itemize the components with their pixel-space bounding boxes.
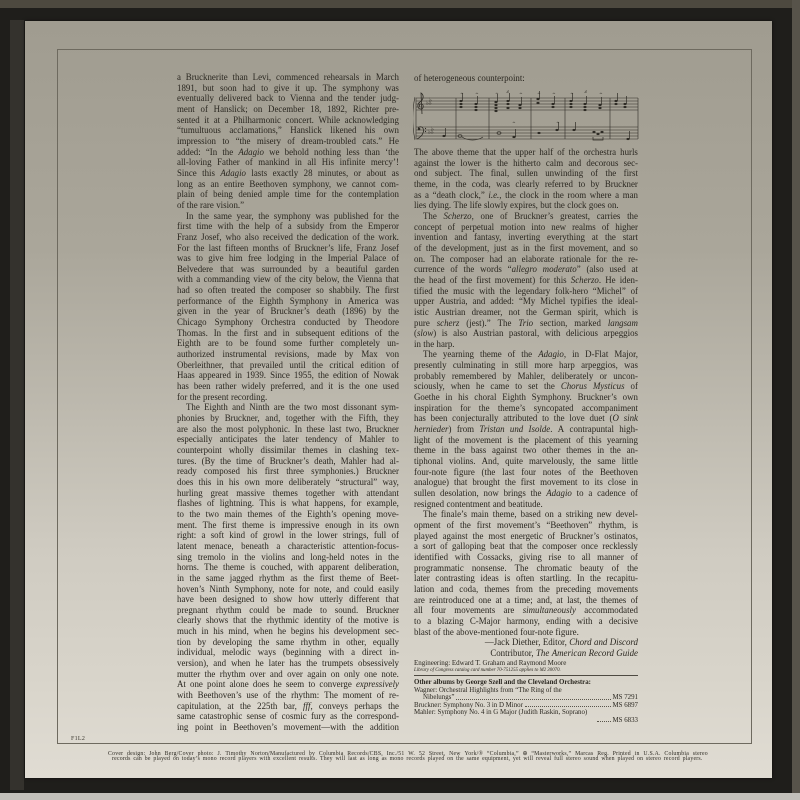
word: (slow) (414, 328, 436, 339)
word: He (605, 275, 615, 286)
word: the (189, 509, 200, 520)
text-line: Contributor,TheAmericanRecordGuide (414, 648, 638, 659)
word: a (427, 616, 431, 627)
word: the (553, 190, 564, 201)
word: but (540, 200, 551, 211)
word: tender (353, 93, 375, 104)
word: rhythm (259, 573, 285, 584)
word: ‘the (385, 147, 399, 158)
word: great (211, 488, 229, 499)
word: of (263, 690, 270, 701)
word: own (623, 392, 638, 403)
word: the (227, 328, 238, 339)
word: symphonies.) (311, 466, 359, 477)
text-line: blastoftheabove-mentionedfour-notefigure… (414, 627, 638, 638)
word: the (414, 275, 425, 286)
text-line: givenintheyearofBruckner’sdeath(1896)byt… (177, 306, 399, 317)
word: played (414, 531, 438, 542)
word: at (556, 595, 562, 606)
word: the (456, 757, 464, 762)
word: in (364, 72, 371, 83)
word: addition (370, 722, 399, 733)
text-line: themeinthebassagainsttwootherthemesinthe… (414, 445, 638, 456)
word: now (484, 488, 499, 499)
word: above-mentioned (456, 627, 518, 638)
word: in (231, 552, 238, 563)
word: most (226, 424, 243, 435)
word: this (554, 275, 567, 286)
word: own (245, 477, 260, 488)
word: with (259, 757, 270, 762)
word: perpetual (461, 222, 494, 233)
text-line: forthepresentrecording. (177, 392, 399, 403)
word: Michel (540, 296, 565, 307)
word: right: (177, 530, 196, 541)
word: bass (471, 445, 486, 456)
word: theme (242, 520, 264, 531)
word: arpeggios, (581, 360, 618, 371)
word: used (609, 264, 625, 275)
word: duet (589, 413, 604, 424)
word: high- (619, 424, 638, 435)
word: all-loving (177, 157, 212, 168)
word: wholly (229, 445, 254, 456)
word: December (268, 104, 304, 115)
word: the (187, 200, 198, 211)
word: nothing (314, 147, 341, 158)
background-edge-right (792, 0, 800, 800)
word: this (199, 477, 212, 488)
word: Mahler (341, 456, 367, 467)
word: dream-troubled (301, 136, 356, 147)
word: the (217, 306, 228, 317)
word: goes (589, 200, 605, 211)
word: Mahler, (518, 371, 546, 382)
word: one (190, 679, 203, 690)
word: to (308, 679, 315, 690)
word: the (497, 158, 508, 169)
word: subsequent (295, 328, 334, 339)
word: that (509, 541, 522, 552)
word: A (558, 424, 564, 435)
word: Symphony (290, 296, 328, 307)
text-line: againsttheloweristhehithertocalmanddecor… (414, 158, 638, 169)
text-line: upperAustria,andadded:“MyMicheltypifiest… (414, 296, 638, 307)
word: are (208, 338, 219, 349)
text-line: lationandcoda,themesfromtheprecedingmove… (414, 584, 638, 595)
word: is (504, 573, 510, 584)
text-line: all-lovingFatherofmankindinallHisinfinit… (177, 157, 399, 168)
text-line: sciously,whenhecametosettheChorusMysticu… (414, 381, 638, 392)
word: in (283, 328, 290, 339)
word: or (600, 371, 607, 382)
word: first (177, 221, 191, 232)
word: Bruckner (366, 605, 399, 616)
word: counterpoint: (477, 73, 524, 84)
word: referred (545, 179, 573, 190)
text-line: Inthesameyear,thesymphonywaspublishedfor… (177, 211, 399, 222)
text-line: theheadofthefirstmovement)forthisScherzo… (414, 275, 638, 286)
word: happens, (314, 498, 345, 509)
word: is (507, 435, 513, 446)
word: which (604, 307, 626, 318)
word: contrapuntal (570, 424, 614, 435)
word: full (374, 530, 386, 541)
word: a (506, 595, 510, 606)
text-line: especiallyanticipatesthelatertendencyofM… (177, 434, 399, 445)
word: the (569, 147, 580, 158)
word: edition (333, 370, 358, 381)
word: rare (200, 200, 214, 211)
word: mono (390, 757, 404, 762)
word: growl (263, 530, 284, 541)
word: two (523, 445, 536, 456)
word: once (581, 541, 598, 552)
word: later (414, 573, 430, 584)
word: of (392, 253, 399, 264)
word: “Beethoven” (546, 520, 592, 531)
word: notes (543, 467, 562, 478)
word: iden- (620, 275, 638, 286)
word: pregnant (177, 605, 208, 616)
word: been (194, 381, 211, 392)
word: his (213, 626, 223, 637)
album-title: Mahler: Symphony No. 4 in G Major (Judit… (414, 709, 587, 716)
word: flashes (177, 498, 202, 509)
word: man (623, 190, 638, 201)
word: Austria, (439, 296, 467, 307)
word: other, (346, 637, 366, 648)
word: of (450, 275, 457, 286)
word: Franz (356, 243, 376, 254)
word: composed (204, 466, 240, 477)
word: Tristan (479, 424, 504, 435)
word: to (261, 83, 268, 94)
word: theme’s (498, 403, 526, 414)
text-line: muchinhismind,whenhebeginshisdevelopment… (177, 626, 399, 637)
word: half (539, 147, 553, 158)
word: motive (364, 615, 389, 626)
word: the (388, 328, 399, 339)
word: the (539, 584, 550, 595)
word: sound. (335, 605, 358, 616)
word: it (328, 381, 333, 392)
word: heterogeneous (424, 73, 475, 84)
word: four (521, 467, 536, 478)
word: the (456, 179, 467, 190)
text-line: allfourmovementsaresimultaneouslyaccommo… (414, 605, 638, 616)
word: tex- (385, 445, 399, 456)
word: Symphony (215, 317, 253, 328)
word: the (242, 296, 253, 307)
word: still (515, 360, 528, 371)
word: and (473, 296, 486, 307)
word: but (203, 83, 214, 94)
word: a (588, 488, 592, 499)
word: by (373, 306, 382, 317)
word: choral (474, 392, 496, 403)
word: the (443, 627, 454, 638)
word: the (602, 296, 613, 307)
word: the (534, 243, 545, 254)
word: the (590, 573, 601, 584)
text-line: Belvederethatwassurroundedbyabeautifulga… (177, 264, 399, 275)
word: made (293, 605, 312, 616)
word: equipment, (482, 757, 510, 762)
text-line: tures.(BythetimeofBruckner’sdeath,Mahler… (177, 456, 399, 467)
word: not (509, 307, 520, 318)
word: Austrian (435, 307, 466, 318)
word: the (479, 403, 490, 414)
text-line: intheharp. (414, 339, 638, 350)
engineering-credit: Engineering: Edward T. Graham and Raymon… (414, 660, 638, 667)
word: Contributor, (490, 648, 533, 659)
word: the (544, 381, 555, 392)
word: rise (549, 552, 562, 563)
word: city (299, 274, 312, 285)
word: of (414, 73, 421, 84)
word: in (335, 445, 342, 456)
word: added: (490, 296, 514, 307)
word: (also (586, 264, 603, 275)
word: tion (177, 637, 191, 648)
text-line: oftherarevision.” (177, 200, 399, 211)
word: to (578, 179, 585, 190)
word: Adagio (546, 488, 572, 499)
text-line: tothetwomainthemesoftheEighth’sopeningmo… (177, 509, 399, 520)
word: the (554, 200, 565, 211)
word: of (568, 467, 575, 478)
word: themes (566, 445, 591, 456)
word: ideal- (618, 296, 638, 307)
word: Goethe (414, 392, 440, 403)
word: set (528, 381, 538, 392)
word: Eighth (177, 338, 201, 349)
word: with (177, 274, 193, 285)
word: also (245, 232, 259, 243)
word: dissimilar (261, 445, 296, 456)
word: horns. (177, 562, 199, 573)
word: “death (433, 190, 456, 201)
word: a (325, 264, 329, 275)
word: received (263, 232, 293, 243)
word: (By (202, 456, 215, 467)
word: cats.” (362, 136, 382, 147)
word: they (384, 413, 399, 424)
word: the (527, 541, 538, 552)
word: to (583, 477, 590, 488)
word: being (213, 189, 233, 200)
word: lightning. (220, 498, 254, 509)
word: movement (464, 435, 501, 446)
word: these (306, 424, 324, 435)
word: point (195, 722, 213, 733)
word: at (592, 232, 598, 243)
word: (beginning (283, 647, 321, 658)
word: lower (460, 158, 480, 169)
word: Austrian (473, 328, 504, 339)
word: so (195, 285, 203, 296)
word: denied (238, 189, 262, 200)
word: to (542, 413, 549, 424)
word: Richter (353, 104, 379, 115)
word: the (364, 232, 375, 243)
word: devel- (616, 509, 638, 520)
text-line: currenceofthewords“allegromoderato”(also… (414, 264, 638, 275)
word: Chicago (177, 317, 207, 328)
background-edge-top (0, 0, 800, 8)
word: the (460, 520, 471, 531)
word: programmatic (414, 563, 464, 574)
word: the (265, 434, 276, 445)
word: resigned (414, 499, 444, 510)
word: the (189, 573, 200, 584)
word: as (360, 757, 365, 762)
word: Beet- (380, 573, 399, 584)
word: move- (376, 509, 399, 520)
word: and (493, 499, 506, 510)
word: They (320, 757, 333, 762)
word: his (229, 477, 239, 488)
text-line: tionbydevelopingthesamerhythminother,equ… (177, 637, 399, 648)
word: sink (624, 413, 638, 424)
word: utterly (320, 594, 343, 605)
word: players (238, 757, 256, 762)
word: delicious (566, 328, 598, 339)
word: of (447, 520, 454, 531)
word: sciously, (414, 381, 445, 392)
word: had (243, 83, 256, 94)
word: the (454, 445, 465, 456)
word: perhaps (354, 701, 382, 712)
word: how (298, 594, 313, 605)
text-line: recordscanbeplayedontoday’smonorecordpla… (112, 757, 703, 762)
word: polyphonic. (248, 424, 290, 435)
word: new (597, 509, 612, 520)
word: culminating (453, 360, 495, 371)
word: three (286, 466, 304, 477)
word: attributed (503, 413, 537, 424)
word: dreamer, (472, 307, 503, 318)
word: of (250, 530, 257, 541)
word: of (362, 370, 369, 381)
text-line: TheEighthandNintharethetwomostdissonants… (177, 402, 399, 413)
text-line: clearlyshowsthattherhythmicidentityofthe… (177, 615, 399, 626)
word: that (220, 264, 233, 275)
text-line: TheScherzo,oneofBruckner’sgreatest,carri… (414, 211, 638, 222)
word: The (423, 509, 437, 520)
word: long-held (310, 552, 344, 563)
word: ways (258, 647, 276, 658)
word: Adagio, (538, 349, 566, 360)
word: cadence (597, 488, 626, 499)
word: one (364, 669, 377, 680)
word: sense (247, 711, 266, 722)
word: motion (500, 222, 525, 233)
word: he (476, 381, 484, 392)
word: of (440, 541, 447, 552)
word: Diether, (512, 637, 540, 648)
word: critical (329, 360, 354, 371)
word: was (385, 296, 399, 307)
word: concert. (286, 115, 314, 126)
word: the (301, 530, 312, 541)
word: rehearsals (324, 72, 359, 83)
word: rhythm (301, 637, 327, 648)
word: ready (177, 466, 197, 477)
other-albums-heading: Other albums by George Szell and the Cle… (414, 679, 638, 687)
word: last (502, 467, 514, 478)
word: for (373, 211, 383, 222)
word: “In (206, 147, 217, 158)
word: Bruckner (605, 179, 638, 190)
word: for (460, 403, 470, 414)
word: strings, (343, 530, 369, 541)
word: for (299, 584, 309, 595)
word: the (388, 306, 399, 317)
word: of (630, 488, 637, 499)
word: later (269, 658, 285, 669)
word: America (348, 296, 379, 307)
word: as (198, 179, 205, 190)
word: The (423, 349, 437, 360)
word: tendency (306, 434, 338, 445)
word: light (414, 435, 430, 446)
word: first (244, 328, 258, 339)
word: tures. (177, 456, 196, 467)
text-line: right:asoftkindofgrowlinthelowerstrings,… (177, 530, 399, 541)
word: (the (482, 467, 496, 478)
word: of (630, 552, 637, 563)
word: first (476, 275, 490, 286)
word: theme, (414, 179, 438, 190)
word: At (177, 679, 186, 690)
word: blast (414, 627, 431, 638)
word: Max (361, 349, 377, 360)
word: Haas (177, 370, 195, 381)
word: Belvedere (177, 264, 213, 275)
text-line: “tumultuousacclamations,”Hanslicklikened… (177, 125, 399, 136)
word: Beethoven’s (198, 690, 242, 701)
word: first (265, 466, 279, 477)
word: The (323, 83, 337, 94)
word: 225th (257, 701, 277, 712)
word: revisions, (275, 349, 309, 360)
word: 1892, (327, 104, 347, 115)
word: was (177, 253, 191, 264)
word: again (307, 669, 326, 680)
word: the (205, 669, 216, 680)
word: in (289, 530, 296, 541)
text-line: performanceoftheEighthSymphonyinAmericaw… (177, 296, 399, 307)
word: Bruckner’s (295, 243, 334, 254)
word: mind, (228, 626, 248, 637)
word: the (505, 190, 516, 201)
library-of-congress-note: Library of Congress catalog card number … (414, 668, 638, 673)
word: in (220, 722, 227, 733)
word: published (334, 211, 369, 222)
word: that (233, 615, 246, 626)
word: had (177, 285, 190, 296)
word: to (196, 253, 203, 264)
word: movement (540, 477, 577, 488)
word: greatest, (560, 211, 590, 222)
word: to (177, 509, 184, 520)
text-line: presentlyculminatinginstillmoreharparpeg… (414, 360, 638, 371)
word: Fifth, (359, 413, 378, 424)
word: i.e., (488, 190, 501, 201)
word: harp (559, 360, 575, 371)
